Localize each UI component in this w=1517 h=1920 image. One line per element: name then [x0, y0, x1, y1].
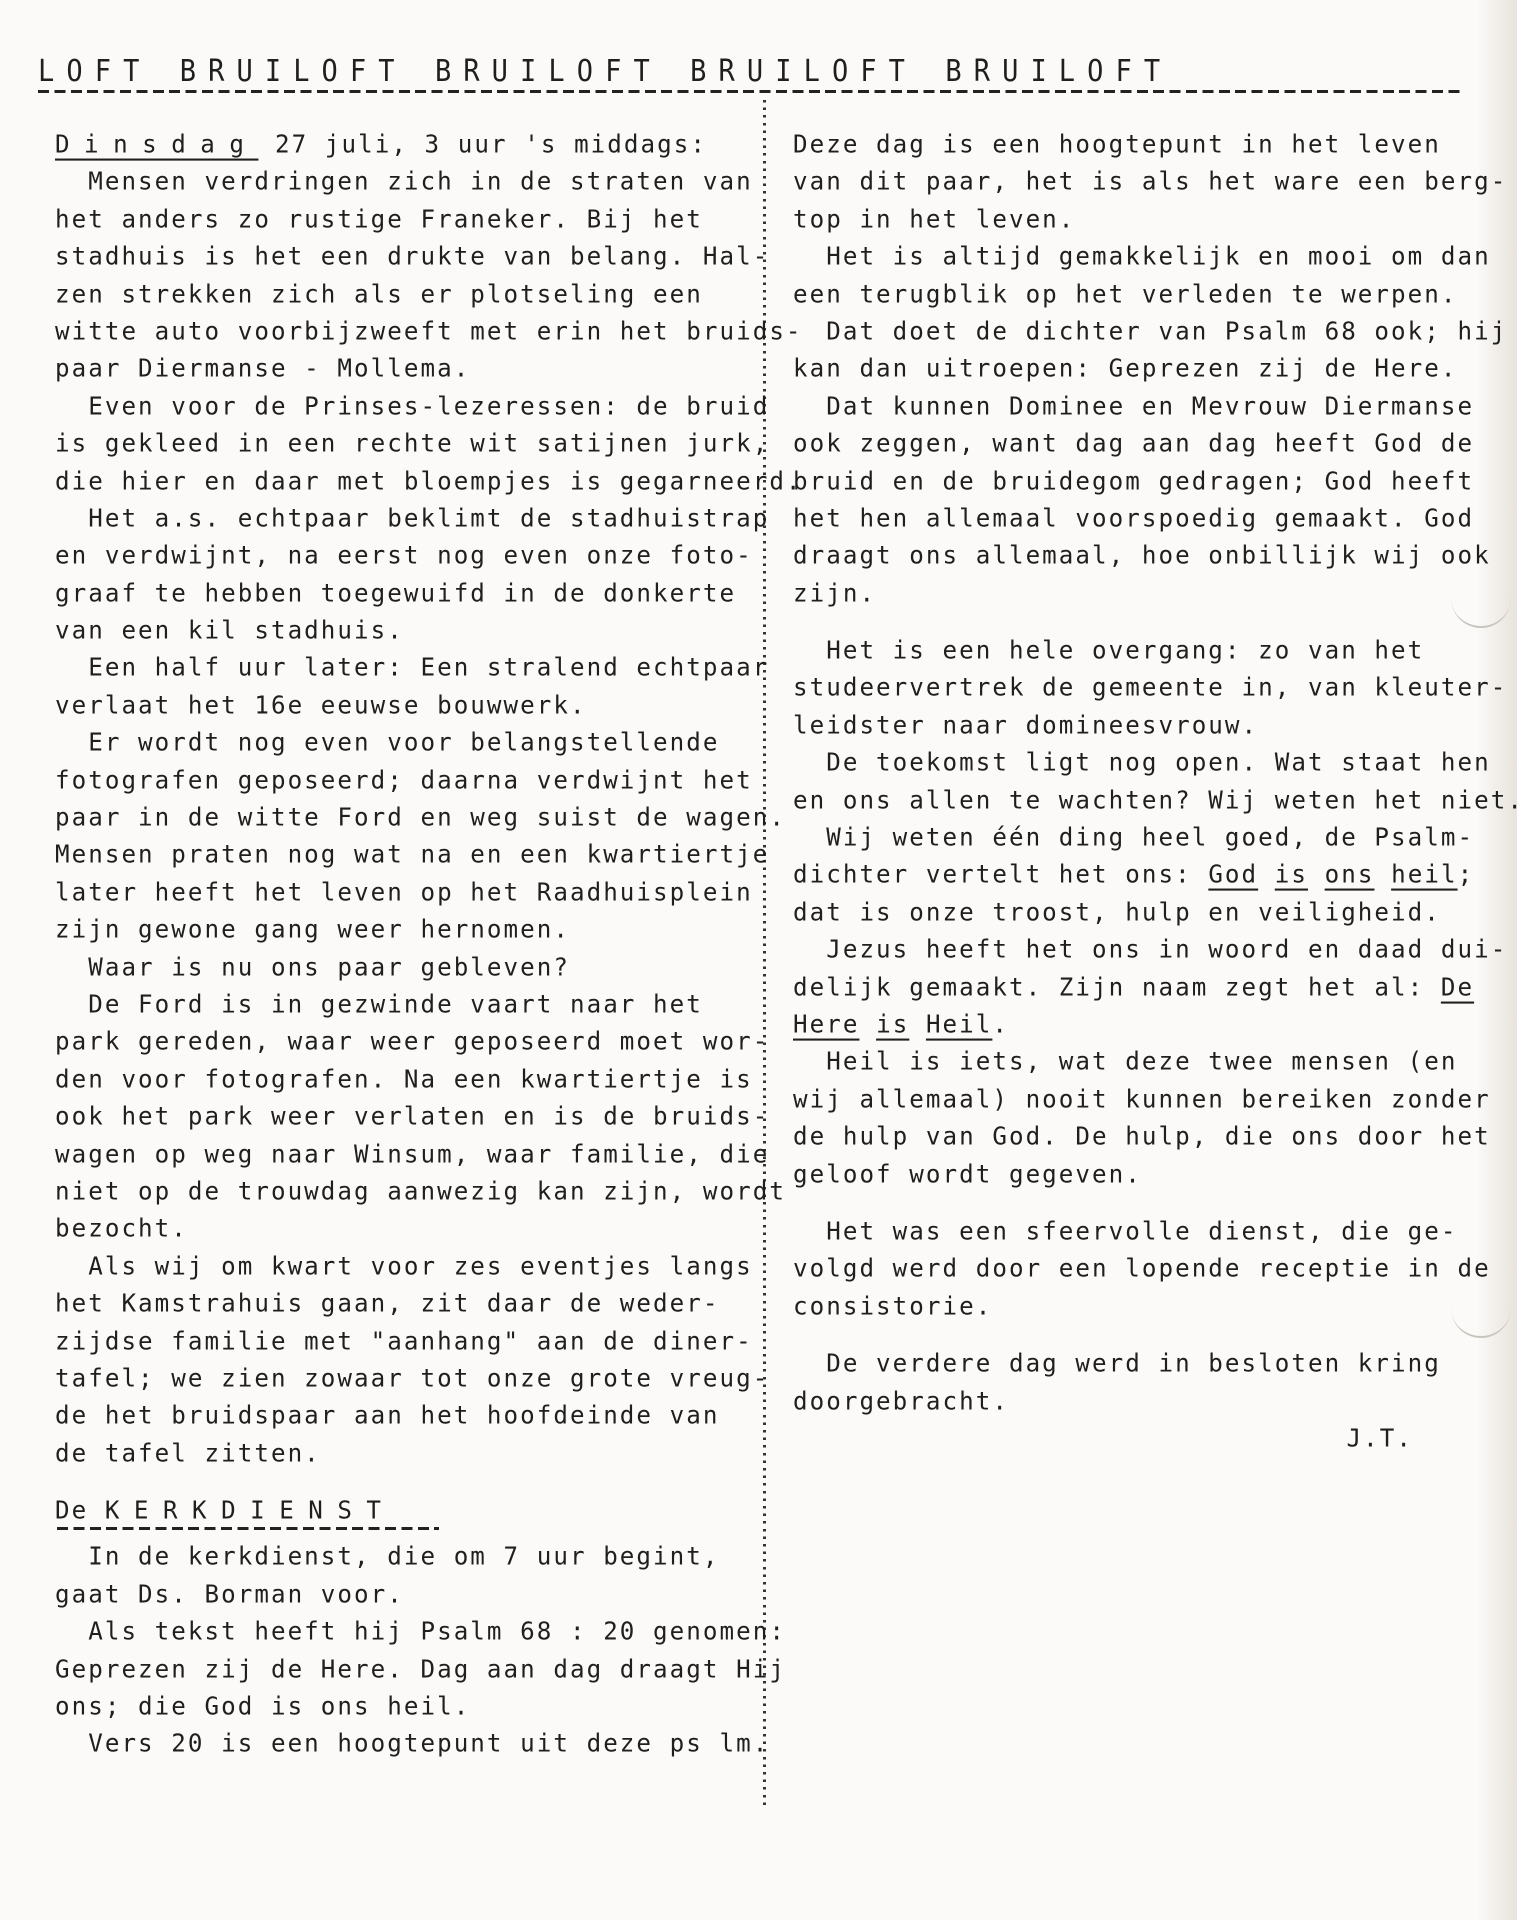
text-line: later heeft het leven op het Raadhuisple… — [55, 873, 755, 912]
jesus-paragraph: dat is onze troost, hulp en veiligheid. … — [793, 894, 1493, 969]
text-line: den voor fotografen. Na een kwartiertje … — [55, 1060, 755, 1099]
section-heading-prefix: De — [55, 1495, 105, 1524]
transition-paragraphs: Het is een hele overgang: zo van hetstud… — [793, 632, 1493, 856]
text-line: is gekleed in een rechte wit satijnen ju… — [55, 424, 755, 463]
here-is-heil-line: Here is Heil. — [793, 1005, 1493, 1044]
text-line: bezocht. — [55, 1210, 755, 1249]
text-span: . — [992, 1009, 1009, 1038]
text-line: ons; die God is ons heil. — [55, 1687, 755, 1726]
text-line: van een kil stadhuis. — [55, 611, 755, 650]
page-header-title: LOFT BRUILOFT BRUILOFT BRUILOFT BRUILOFT — [38, 54, 1172, 89]
text-line: volgd werd door een lopende receptie in … — [793, 1250, 1493, 1289]
text-line: De verdere dag werd in besloten kring — [793, 1344, 1493, 1383]
text-line: draagt ons allemaal, hoe onbillijk wij o… — [793, 537, 1493, 576]
text-span — [1308, 860, 1325, 889]
text-span — [1258, 860, 1275, 889]
text-line: tafel; we zien zowaar tot onze grote vre… — [55, 1359, 755, 1398]
text-line: de het bruidspaar aan het hoofdeinde van — [55, 1397, 755, 1436]
church-service-paragraphs: In de kerkdienst, die om 7 uur begint,ga… — [55, 1538, 755, 1762]
text-line: De toekomst ligt nog open. Wat staat hen — [793, 744, 1493, 783]
text-line: bruid en de bruidegom gedragen; God heef… — [793, 462, 1493, 501]
text-line: Als wij om kwart voor zes eventjes langs — [55, 1247, 755, 1286]
text-span: dichter vertelt het ons: — [793, 860, 1208, 889]
underlined-word: ons — [1325, 860, 1375, 889]
text-line: Waar is nu ons paar gebleven? — [55, 948, 755, 987]
text-line: Geprezen zij de Here. Dag aan dag draagt… — [55, 1650, 755, 1689]
text-line: De Ford is in gezwinde vaart naar het — [55, 985, 755, 1024]
reflection-paragraphs: Deze dag is een hoogtepunt in het levenv… — [793, 126, 1493, 612]
text-line: het Kamstrahuis gaan, zit daar de weder- — [55, 1284, 755, 1323]
text-line: In de kerkdienst, die om 7 uur begint, — [55, 1538, 755, 1577]
text-line: Een half uur later: Een stralend echtpaa… — [55, 649, 755, 688]
date-heading: Dinsdag 27 juli, 3 uur 's middags: — [55, 125, 755, 164]
underlined-word: Here — [793, 1009, 859, 1038]
text-span — [1374, 860, 1391, 889]
text-line: zijn gewone gang weer hernomen. — [55, 910, 755, 949]
text-line: consistorie. — [793, 1287, 1493, 1326]
underlined-word: heil — [1391, 860, 1457, 889]
text-span: delijk gemaakt. Zijn naam zegt het al: — [793, 972, 1441, 1001]
text-line: de hulp van God. De hulp, die ons door h… — [793, 1117, 1493, 1156]
date-time: 27 juli, 3 uur 's middags: — [258, 129, 707, 158]
text-line: zijdse familie met "aanhang" aan de dine… — [55, 1322, 755, 1361]
text-line: paar Diermanse - Mollema. — [55, 350, 755, 389]
text-line: ook het park weer verlaten en is de brui… — [55, 1097, 755, 1136]
text-line: Als tekst heeft hij Psalm 68 : 20 genome… — [55, 1612, 755, 1651]
heil-paragraph: Heil is iets, wat deze twee mensen (enwi… — [793, 1043, 1493, 1193]
text-line: dat is onze troost, hulp en veiligheid. — [793, 893, 1493, 932]
text-line: witte auto voorbijzweeft met erin het br… — [55, 312, 755, 351]
text-line: Het a.s. echtpaar beklimt de stadhuistra… — [55, 499, 755, 538]
column-divider — [763, 100, 766, 1810]
text-line: Dat kunnen Dominee en Mevrouw Diermanse — [793, 387, 1493, 426]
text-line: Dat doet de dichter van Psalm 68 ook; hi… — [793, 312, 1493, 351]
text-line: paar in de witte Ford en weg suist de wa… — [55, 798, 755, 837]
text-span — [909, 1009, 926, 1038]
section-heading: De KERKDIENST — [55, 1491, 755, 1530]
text-line: het anders zo rustige Franeker. Bij het — [55, 200, 755, 239]
left-column: Dinsdag 27 juli, 3 uur 's middags: Mense… — [55, 126, 755, 1763]
text-line: Wij weten één ding heel goed, de Psalm- — [793, 818, 1493, 857]
text-line: ook zeggen, want dag aan dag heeft God d… — [793, 424, 1493, 463]
text-line: Het is een hele overgang: zo van het — [793, 631, 1493, 670]
closing-paragraph: De verdere dag werd in besloten kringdoo… — [793, 1345, 1493, 1420]
text-line: park gereden, waar weer geposeerd moet w… — [55, 1023, 755, 1062]
service-summary-paragraph: Het was een sfeervolle dienst, die ge-vo… — [793, 1213, 1493, 1325]
text-line: Vers 20 is een hoogtepunt uit deze ps lm… — [55, 1725, 755, 1764]
text-span — [859, 1009, 876, 1038]
text-line: Het is altijd gemakkelijk en mooi om dan — [793, 237, 1493, 276]
text-line: doorgebracht. — [793, 1382, 1493, 1421]
text-line: het hen allemaal voorspoedig gemaakt. Go… — [793, 499, 1493, 538]
underlined-word: Heil — [926, 1009, 992, 1038]
underlined-word: God — [1208, 860, 1258, 889]
text-line: Er wordt nog even voor belangstellende — [55, 724, 755, 763]
text-line: van dit paar, het is als het ware een be… — [793, 163, 1493, 202]
text-line: Jezus heeft het ons in woord en daad dui… — [793, 930, 1493, 969]
text-line: stadhuis is het een drukte van belang. H… — [55, 237, 755, 276]
text-line: verlaat het 16e eeuwse bouwwerk. — [55, 686, 755, 725]
text-line: leidster naar domineesvrouw. — [793, 706, 1493, 745]
text-line: geloof wordt gegeven. — [793, 1155, 1493, 1194]
text-line: die hier en daar met bloempjes is gegarn… — [55, 462, 755, 501]
text-line: Mensen praten nog wat na en een kwartier… — [55, 836, 755, 875]
text-line: studeervertrek de gemeente in, van kleut… — [793, 669, 1493, 708]
author-signature: J.T. — [793, 1419, 1493, 1458]
header-dashed-rule — [38, 90, 1460, 93]
text-line: wij allemaal) nooit kunnen bereiken zond… — [793, 1080, 1493, 1119]
text-line: een terugblik op het verleden te werpen. — [793, 275, 1493, 314]
underlined-word: De — [1441, 972, 1474, 1001]
text-line: wagen op weg naar Winsum, waar familie, … — [55, 1135, 755, 1174]
section-heading-main: KERKDIENST — [105, 1495, 396, 1524]
text-line: niet op de trouwdag aanwezig kan zijn, w… — [55, 1172, 755, 1211]
text-line: zijn. — [793, 574, 1493, 613]
name-meaning-line: delijk gemaakt. Zijn naam zegt het al: D… — [793, 968, 1493, 1007]
text-line: fotografen geposeerd; daarna verdwijnt h… — [55, 761, 755, 800]
day-heading: Dinsdag — [55, 129, 258, 158]
text-line: Deze dag is een hoogtepunt in het leven — [793, 125, 1493, 164]
text-line: graaf te hebben toegewuifd in de donkert… — [55, 574, 755, 613]
text-line: Heil is iets, wat deze twee mensen (en — [793, 1043, 1493, 1082]
psalm-quote-line: dichter vertelt het ons: God is ons heil… — [793, 856, 1493, 895]
text-line: Het was een sfeervolle dienst, die ge- — [793, 1212, 1493, 1251]
text-line: Even voor de Prinses-lezeressen: de brui… — [55, 387, 755, 426]
underlined-word: is — [1275, 860, 1308, 889]
text-line: en ons allen te wachten? Wij weten het n… — [793, 781, 1493, 820]
right-column: Deze dag is een hoogtepunt in het levenv… — [793, 126, 1493, 1457]
underlined-word: is — [876, 1009, 909, 1038]
text-span: ; — [1458, 860, 1475, 889]
text-line: de tafel zitten. — [55, 1434, 755, 1473]
text-line: Mensen verdringen zich in de straten van — [55, 163, 755, 202]
text-line: gaat Ds. Borman voor. — [55, 1575, 755, 1614]
text-line: zen strekken zich als er plotseling een — [55, 275, 755, 314]
text-line: top in het leven. — [793, 200, 1493, 239]
report-paragraphs: Mensen verdringen zich in de straten van… — [55, 163, 755, 1472]
text-line: en verdwijnt, na eerst nog even onze fot… — [55, 537, 755, 576]
text-line: kan dan uitroepen: Geprezen zij de Here. — [793, 350, 1493, 389]
